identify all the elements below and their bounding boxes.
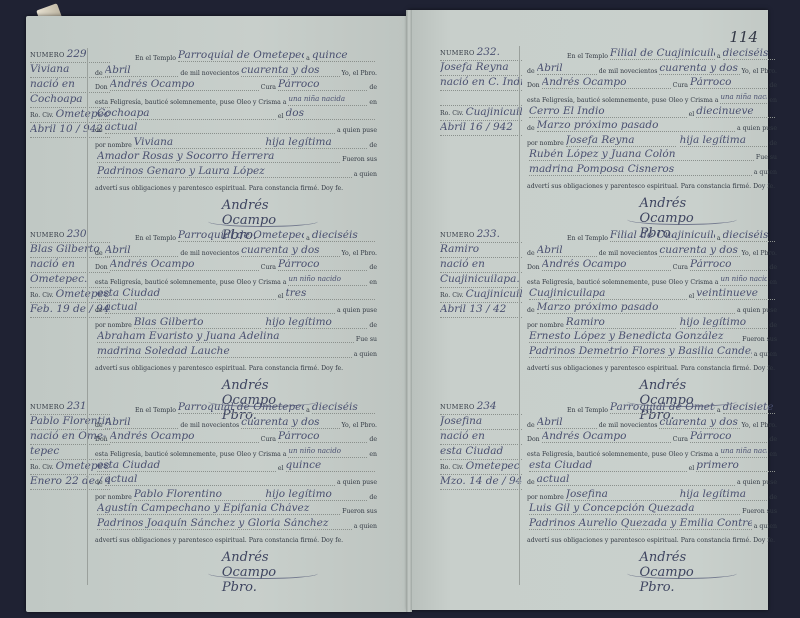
child-name: Blas Gilberto xyxy=(134,317,262,329)
label-templo: En el Templo xyxy=(135,235,176,242)
year-value: cuarenta y dos xyxy=(659,245,739,257)
label-a-quien: a quien xyxy=(354,351,377,358)
entry-body: En el TemploParroquial de Ometepecaquinc… xyxy=(95,48,377,192)
month-value: Abril xyxy=(537,63,597,75)
cura-value: Párroco xyxy=(278,431,367,443)
birthplace-value: Cochoapa xyxy=(97,108,276,120)
label-cura: Cura xyxy=(673,82,688,89)
label-don: Don xyxy=(95,264,108,271)
label-don: Don xyxy=(527,82,540,89)
column-rule xyxy=(87,400,88,585)
parents-value: Ernesto López y Benedicta González xyxy=(529,331,740,343)
margin-line-2: nació en xyxy=(440,258,522,273)
entry-number: 233. xyxy=(477,228,500,240)
signature-flourish xyxy=(208,216,318,227)
priest-value: Andrés Ocampo xyxy=(110,431,259,443)
reg-civ-label: Ro. Civ. xyxy=(30,292,54,299)
label-feligresia: esta Feligresía, bauticé solemnemente, p… xyxy=(95,279,286,286)
reg-civ-date: Abril 13 / 42 xyxy=(440,303,522,318)
label-de: de xyxy=(95,70,103,77)
margin-line-1: Ramiro xyxy=(440,243,522,258)
birth-month-value: actual xyxy=(537,474,735,486)
label-de-2: de xyxy=(527,479,535,486)
label-de-2: de xyxy=(527,307,535,314)
priest-value: Andrés Ocampo xyxy=(110,259,259,271)
label-feligresia: esta Feligresía, bauticé solemnemente, p… xyxy=(527,279,718,286)
label-templo: En el Templo xyxy=(567,235,608,242)
birth-day-value: veintinueve xyxy=(696,288,775,300)
label-pbro: Yo, el Pbro. xyxy=(342,250,377,257)
entry-number: 229 xyxy=(67,48,87,60)
label-por-nombre: por nombre xyxy=(95,322,132,329)
year-value: cuarenta y dos xyxy=(241,417,339,429)
label-el: el xyxy=(278,293,284,300)
label-por-nombre: por nombre xyxy=(527,494,564,501)
parents-value: Abraham Evaristo y Juana Adelina xyxy=(97,331,354,343)
label-a-quien-puse: a quien puse xyxy=(337,307,377,314)
birth-month-value: actual xyxy=(105,474,335,486)
label-a-quien: a quien xyxy=(754,523,777,530)
cura-value: Párroco xyxy=(690,259,767,271)
label-don: Don xyxy=(95,84,108,91)
entry-number: 230 xyxy=(67,228,87,240)
label-de: de xyxy=(527,68,535,75)
filiation-value: hija legítima xyxy=(265,137,367,149)
birthplace-value: esta Ciudad xyxy=(97,460,276,472)
reg-civ-place: Cuajinicuilapa xyxy=(466,288,522,300)
label-a-quien: a quien xyxy=(754,351,777,358)
label-por-nombre: por nombre xyxy=(95,494,132,501)
label-en: en xyxy=(769,451,777,458)
child-article: una niña nacida xyxy=(720,446,767,458)
label-fue: Fueron sus xyxy=(342,156,377,163)
year-value: cuarenta y dos xyxy=(659,417,739,429)
child-article: un niño nacido xyxy=(288,446,367,458)
label-de-2: de xyxy=(527,125,535,132)
label-don: Don xyxy=(527,264,540,271)
child-name: Viviana xyxy=(134,137,262,149)
reg-civ-date: Mzo. 14 de / 942 xyxy=(440,475,522,490)
label-templo: En el Templo xyxy=(135,55,176,62)
filiation-value: hijo legítimo xyxy=(265,317,367,329)
reg-civ-place: Cuajinicuilapa xyxy=(466,106,522,118)
label-por-nombre: por nombre xyxy=(527,140,564,147)
label-cura: Cura xyxy=(261,264,276,271)
templo-value: Parroquial de Ometepec xyxy=(178,230,304,242)
folio-number: 114 xyxy=(729,28,758,46)
templo-value: Filial de Cuajinicuilapa xyxy=(610,230,715,242)
parents-value: Rubén López y Juana Colón xyxy=(529,149,754,161)
numero-label: NUMERO xyxy=(30,403,65,411)
entry-body: En el TemploFilial de Cuajinicuilapaadie… xyxy=(527,228,777,372)
signature-flourish xyxy=(208,568,318,579)
label-a-quien-puse: a quien puse xyxy=(737,307,777,314)
label-el: el xyxy=(278,465,284,472)
numero-label: NUMERO xyxy=(30,231,65,239)
label-a-quien-puse: a quien puse xyxy=(737,479,777,486)
label-feligresia: esta Feligresía, bauticé solemnemente, p… xyxy=(95,451,286,458)
label-por-nombre: por nombre xyxy=(95,142,132,149)
signature-flourish xyxy=(627,214,737,225)
label-cura: Cura xyxy=(261,436,276,443)
closing-text: advertí sus obligaciones y parentesco es… xyxy=(95,365,343,372)
child-name: Josefina xyxy=(566,489,676,501)
reg-civ-label: Ro. Civ. xyxy=(30,464,54,471)
child-article: una niña nacida xyxy=(720,92,767,104)
entry-number: 231 xyxy=(67,400,87,412)
day-value: dieciséis xyxy=(723,230,775,242)
closing-text: advertí sus obligaciones y parentesco es… xyxy=(527,365,775,372)
margin-line-3: esta Ciudad xyxy=(440,445,522,460)
label-don: Don xyxy=(527,436,540,443)
reg-civ-date: Abril 16 / 942 xyxy=(440,121,522,136)
label-cura: Cura xyxy=(261,84,276,91)
column-rule xyxy=(87,48,88,233)
label-en: en xyxy=(769,279,777,286)
label-a-quien: a quien xyxy=(354,523,377,530)
column-rule xyxy=(87,228,88,413)
label-feligresia: esta Feligresía, bauticé solemnemente, p… xyxy=(527,451,718,458)
filiation-value: hija legítima xyxy=(680,489,768,501)
year-value: cuarenta y dos xyxy=(241,65,339,77)
godparents-value: madrina Soledad Lauche xyxy=(97,346,352,358)
label-de-2: de xyxy=(95,127,103,134)
templo-value: Parroquial de Ometepec xyxy=(178,50,304,62)
numero-label: NUMERO xyxy=(30,51,65,59)
priest-value: Andrés Ocampo xyxy=(542,431,671,443)
label-de: de xyxy=(95,250,103,257)
label-de: de xyxy=(527,422,535,429)
book-gutter xyxy=(406,10,412,612)
numero-label: NUMERO xyxy=(440,49,475,57)
column-rule xyxy=(519,400,520,585)
entry-number: 232. xyxy=(477,46,500,58)
birth-day-value: quince xyxy=(286,460,375,472)
label-year: de mil novecientos xyxy=(180,70,239,77)
margin-line-1: Josefa Reyna xyxy=(440,61,522,76)
priest-value: Andrés Ocampo xyxy=(542,77,671,89)
entry-margin: NUMERO 232. Josefa Reyna nació en C. Ind… xyxy=(440,46,522,136)
label-fue: Fue su xyxy=(756,154,777,161)
signature-flourish xyxy=(627,568,737,579)
filiation-value: hijo legítimo xyxy=(680,317,768,329)
label-en: en xyxy=(369,99,377,106)
label-en: en xyxy=(769,97,777,104)
label-a-quien-puse: a quien puse xyxy=(337,479,377,486)
birthplace-value: Cuajinicuilapa xyxy=(529,288,687,300)
child-article: un niño nacido xyxy=(720,274,767,286)
reg-civ-place: Ometepec xyxy=(466,460,520,472)
label-a-quien: a quien xyxy=(754,169,777,176)
closing-text: advertí sus obligaciones y parentesco es… xyxy=(95,537,343,544)
parents-value: Agustín Campechano y Epifania Chávez xyxy=(97,503,340,515)
entry-body: En el TemploParroquial de Ometepecadieci… xyxy=(527,400,777,544)
margin-line-3: Cuajinicuilapa. xyxy=(440,273,522,288)
godparents-value: Padrinos Demetrio Flores y Basilia Cande… xyxy=(529,346,752,358)
closing-text: advertí sus obligaciones y parentesco es… xyxy=(95,185,343,192)
label-templo: En el Templo xyxy=(567,53,608,60)
label-pbro: Yo, el Pbro. xyxy=(742,250,777,257)
margin-line-2: nació en C. Indio xyxy=(440,76,522,91)
label-el: el xyxy=(689,465,695,472)
godparents-value: Padrinos Genaro y Laura López xyxy=(97,166,352,178)
margin-line-3 xyxy=(440,91,522,106)
reg-civ-label: Ro. Civ. xyxy=(30,112,54,119)
label-a-quien-puse: a quien puse xyxy=(737,125,777,132)
birth-day-value: diecinueve xyxy=(696,106,775,118)
label-a-quien-puse: a quien puse xyxy=(337,127,377,134)
label-fue: Fue su xyxy=(356,336,377,343)
month-value: Abril xyxy=(105,417,179,429)
month-value: Abril xyxy=(537,417,597,429)
label-de: de xyxy=(95,422,103,429)
cura-value: Párroco xyxy=(278,79,367,91)
label-fue: Fueron sus xyxy=(742,508,777,515)
child-article: una niña nacida xyxy=(288,94,367,106)
templo-value: Parroquial de Ometepec xyxy=(610,402,715,414)
templo-value: Filial de Cuajinicuilapa xyxy=(610,48,715,60)
label-templo: En el Templo xyxy=(135,407,176,414)
entry-body: En el TemploParroquial de Ometepecadieci… xyxy=(95,228,377,372)
label-pbro: Yo, el Pbro. xyxy=(342,70,377,77)
label-de-2: de xyxy=(95,307,103,314)
godparents-value: madrina Pomposa Cisneros xyxy=(529,164,752,176)
month-value: Abril xyxy=(105,65,179,77)
label-fue: Fueron sus xyxy=(342,508,377,515)
column-rule xyxy=(519,228,520,413)
numero-label: NUMERO xyxy=(440,231,475,239)
month-value: Abril xyxy=(537,245,597,257)
parents-value: Amador Rosas y Socorro Herrera xyxy=(97,151,340,163)
closing-text: advertí sus obligaciones y parentesco es… xyxy=(527,183,775,190)
entry-body: En el TemploFilial de Cuajinicuilapaadie… xyxy=(527,46,777,190)
label-en: en xyxy=(369,451,377,458)
birth-month-value: Marzo próximo pasado xyxy=(537,120,735,132)
birth-day-value: primero xyxy=(696,460,775,472)
filiation-value: hijo legítimo xyxy=(265,489,367,501)
label-en: en xyxy=(369,279,377,286)
margin-line-2: nació en xyxy=(440,430,522,445)
day-value: dieciséis xyxy=(312,402,375,414)
margin-line-1: Josefina xyxy=(440,415,522,430)
child-name: Pablo Florentino xyxy=(134,489,262,501)
reg-civ-label: Ro. Civ. xyxy=(440,292,464,299)
label-de: de xyxy=(527,250,535,257)
day-value: quince xyxy=(312,50,375,62)
birth-month-value: actual xyxy=(105,122,335,134)
entry-body: En el TemploParroquial de Ometepecadieci… xyxy=(95,400,377,544)
entry-margin: NUMERO 233. Ramiro nació en Cuajinicuila… xyxy=(440,228,522,318)
child-article: un niño nacido xyxy=(288,274,367,286)
priest-value: Andrés Ocampo xyxy=(110,79,259,91)
numero-label: NUMERO xyxy=(440,403,475,411)
godparents-value: Padrinos Aurelio Quezada y Emilia Contre… xyxy=(529,518,752,530)
label-por-nombre: por nombre xyxy=(527,322,564,329)
label-de-2: de xyxy=(95,479,103,486)
label-year: de mil novecientos xyxy=(599,250,658,257)
label-year: de mil novecientos xyxy=(180,422,239,429)
entry-margin: NUMERO 234 Josefina nació en esta Ciudad… xyxy=(440,400,522,490)
parents-value: Luis Gil y Concepción Quezada xyxy=(529,503,740,515)
day-value: dieciséis xyxy=(723,48,775,60)
label-feligresia: esta Feligresía, bauticé solemnemente, p… xyxy=(527,97,718,104)
birthplace-value: esta Ciudad xyxy=(529,460,687,472)
child-name: Ramiro xyxy=(566,317,676,329)
birth-day-value: tres xyxy=(286,288,375,300)
godparents-value: Padrinos Joaquín Sánchez y Gloria Sánche… xyxy=(97,518,352,530)
month-value: Abril xyxy=(105,245,179,257)
label-a-quien: a quien xyxy=(354,171,377,178)
label-don: Don xyxy=(95,436,108,443)
entry-number: 234 xyxy=(477,400,497,412)
birthplace-value: esta Ciudad xyxy=(97,288,276,300)
label-el: el xyxy=(689,111,695,118)
priest-value: Andrés Ocampo xyxy=(542,259,671,271)
birthplace-value: Cerro El Indio xyxy=(529,106,687,118)
label-year: de mil novecientos xyxy=(180,250,239,257)
label-cura: Cura xyxy=(673,436,688,443)
day-value: dieciséis xyxy=(312,230,375,242)
label-year: de mil novecientos xyxy=(599,422,658,429)
label-el: el xyxy=(278,113,284,120)
label-pbro: Yo, el Pbro. xyxy=(742,422,777,429)
year-value: cuarenta y dos xyxy=(241,245,339,257)
templo-value: Parroquial de Ometepec xyxy=(178,402,304,414)
filiation-value: hija legítima xyxy=(680,135,768,147)
label-el: el xyxy=(689,293,695,300)
label-feligresia: esta Feligresía, bauticé solemnemente, p… xyxy=(95,99,286,106)
label-year: de mil novecientos xyxy=(599,68,658,75)
birth-month-value: actual xyxy=(105,302,335,314)
label-pbro: Yo, el Pbro. xyxy=(742,68,777,75)
child-name: Josefa Reyna xyxy=(566,135,676,147)
closing-text: advertí sus obligaciones y parentesco es… xyxy=(527,537,775,544)
label-templo: En el Templo xyxy=(567,407,608,414)
year-value: cuarenta y dos xyxy=(659,63,739,75)
cura-value: Párroco xyxy=(278,259,367,271)
label-cura: Cura xyxy=(673,264,688,271)
birth-day-value: dos xyxy=(286,108,375,120)
label-pbro: Yo, el Pbro. xyxy=(342,422,377,429)
reg-civ-label: Ro. Civ. xyxy=(440,464,464,471)
cura-value: Párroco xyxy=(690,431,767,443)
column-rule xyxy=(519,46,520,231)
label-fue: Fueron sus xyxy=(742,336,777,343)
birth-month-value: Marzo próximo pasado xyxy=(537,302,735,314)
reg-civ-label: Ro. Civ. xyxy=(440,110,464,117)
day-value: diecisiete xyxy=(723,402,775,414)
cura-value: Párroco xyxy=(690,77,767,89)
